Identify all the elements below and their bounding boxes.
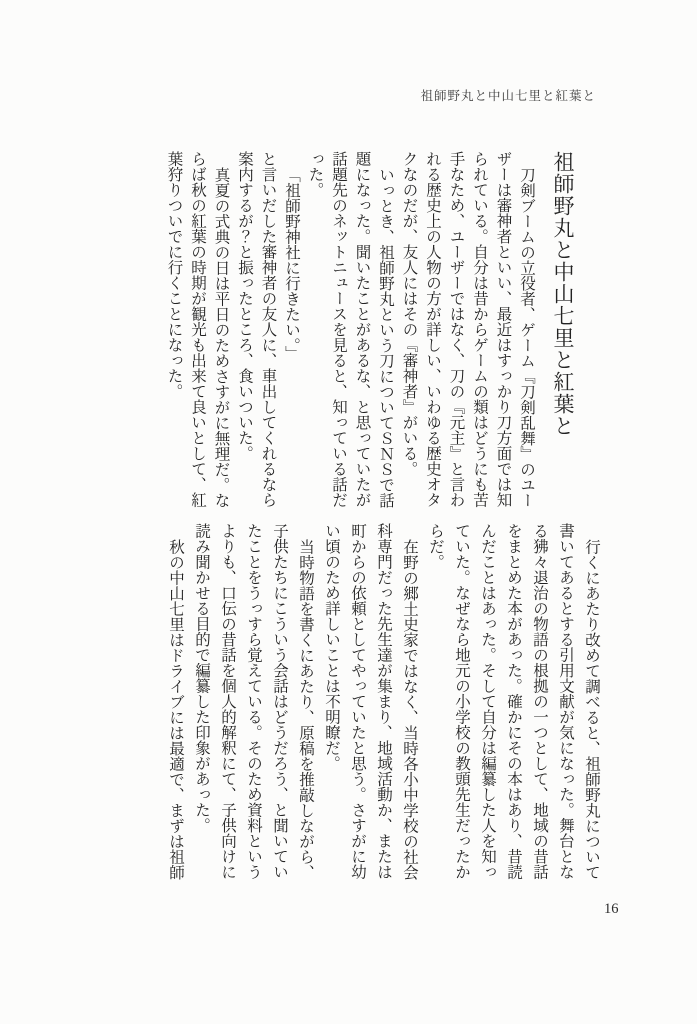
book-page: 祖師野丸と中山七里と紅葉と 祖師野丸と中山七里と紅葉と 刀剣ブームの立役者、ゲー… (0, 0, 697, 1024)
paragraph-upper-5: 真夏の式典の日は平日のためさすがに無理だ。ならば秋の紅葉の時期が観光も出来て良い… (162, 151, 233, 508)
lower-text-band: 行くにあたり改めて調べると、祖師野丸について書いてあるとする引用文献が気になった… (162, 523, 604, 880)
page-number: 16 (604, 901, 619, 918)
paragraph-lower-3: 当時物語を書くにあたり、原稿を推敲しながら、子供たちにこういう会話はどうだろう、… (188, 523, 318, 880)
running-head: 祖師野丸と中山七里と紅葉と (420, 86, 596, 104)
upper-text-band: 祖師野丸と中山七里と紅葉と 刀剣ブームの立役者、ゲーム『刀剣乱舞』のユーザーは審… (162, 151, 584, 508)
paragraph-lower-2: 在野の郷土史家ではなく、当時各小中学校の社会科専門だった先生達が集まり、地域活動… (318, 523, 422, 880)
page-title: 祖師野丸と中山七里と紅葉と (549, 151, 584, 508)
paragraph-upper-2: いっとき、祖師野丸という刀についてＳＮＳで話題になった。聞いたことがあるな、と思… (303, 151, 397, 508)
paragraph-upper-1: 刀剣ブームの立役者、ゲーム『刀剣乱舞』のユーザーは審神者といい、最近はすっかり刀… (397, 151, 538, 508)
paragraph-upper-3-quote: 「祖師野神社に行きたい。」 (280, 151, 304, 508)
paragraph-upper-4: と言いだした審神者の友人に、車出してくれるなら案内するが？と振ったところ、食いつ… (233, 151, 280, 508)
paragraph-lower-4: 秋の中山七里はドライブには最適で、まずは祖師 (162, 523, 188, 880)
paragraph-lower-1: 行くにあたり改めて調べると、祖師野丸について書いてあるとする引用文献が気になった… (422, 523, 604, 880)
